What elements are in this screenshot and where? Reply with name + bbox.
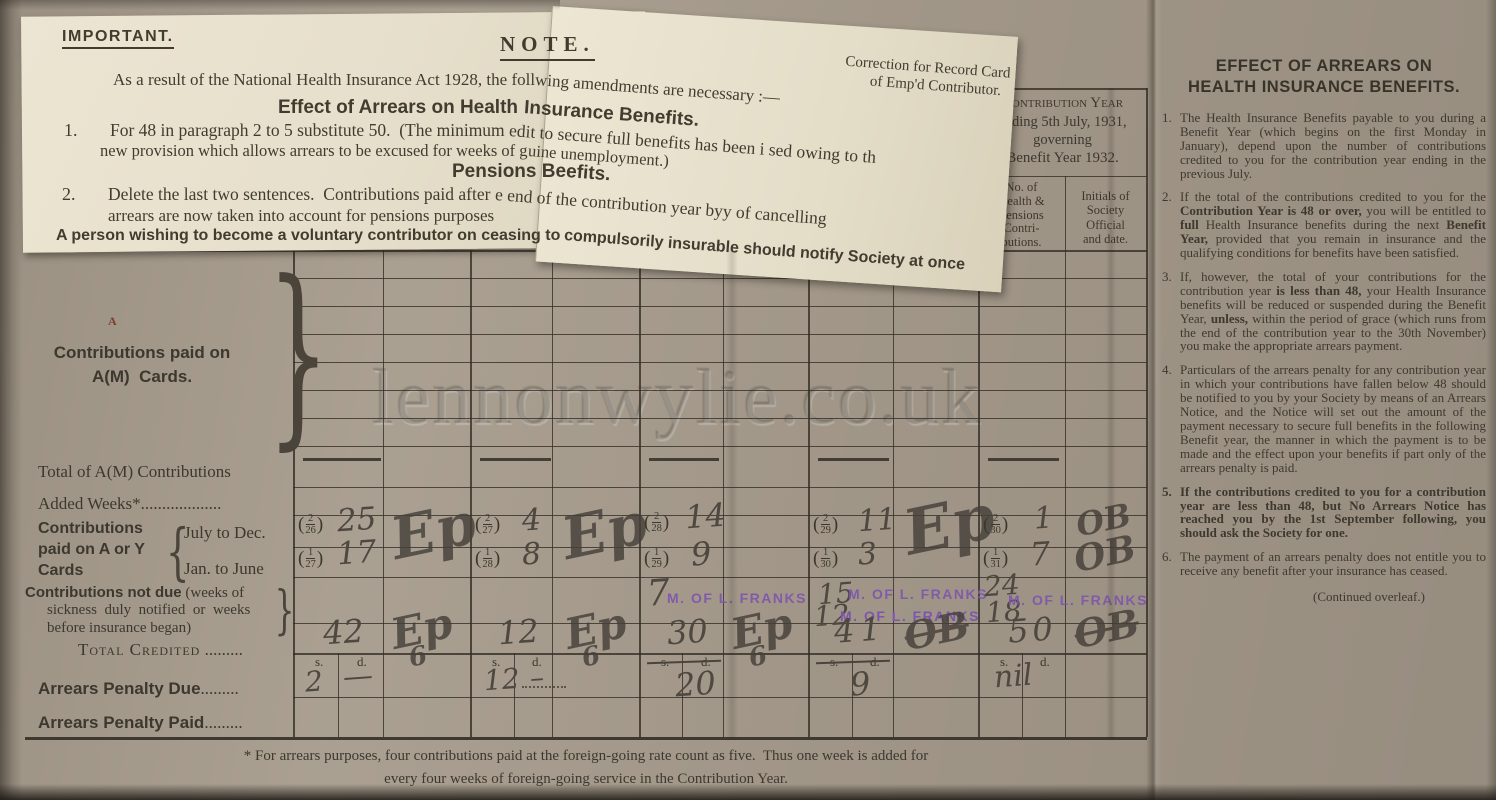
label-not-due: Contributions not due (weeks of sickness… [25,584,285,637]
text-segment: unless, [1211,311,1248,326]
text-segment: If the total of the contributions credit… [1180,189,1486,204]
label-total-credited: Total Credited ......... [78,640,243,660]
fraction-code: (227) [475,513,500,536]
frac-num: 1 [483,547,492,559]
frac-den: 28 [651,523,662,534]
frac-den: 26 [305,525,316,536]
fraction-code: (129) [644,547,669,570]
label-penalty-due: Arrears Penalty Due......... [38,679,239,699]
frac-num: 1 [991,547,1000,559]
sidebar-paragraph-6: 6. The payment of an arrears penalty doe… [1162,550,1486,578]
fraction-code: (128) [475,547,500,570]
paragraph-text: If the contributions credited to you for… [1180,485,1486,541]
text-segment: is less than 48, [1276,283,1361,298]
paragraph-text: The Health Insurance Benefits payable to… [1180,111,1486,181]
header-line: and date. [1066,232,1145,246]
frac-num: 2 [821,513,830,525]
note-item-number: 1. [64,120,110,141]
paren: ( [475,549,481,568]
fraction-code: (127) [298,547,323,570]
label-line: sickness duly notified or weeks [25,602,285,619]
frac-num: 2 [306,513,315,525]
note-intro: As a result of the National Health Insur… [113,70,781,90]
note-text: efits. [565,161,611,186]
sidebar-title-line: EFFECT OF ARREARS ON [1162,56,1486,77]
paren: ( [983,549,989,568]
text-segment: Health Insurance benefits during the nex… [1199,217,1446,232]
footnote-line: * For arrears purposes, four contributio… [25,745,1147,768]
note-text: Delete the last two sentences. Contribut… [108,184,490,204]
paragraph-text: If the total of the contributions credit… [1180,190,1486,260]
fraction-code: (228) [644,511,669,534]
contrib-jul-dec-value: 25 [336,504,378,538]
penalty-due-shillings: 12 [483,665,521,695]
note-final-line: A person wishing to become a voluntary c… [56,227,966,245]
label-am-cards: Contributions paid on A(M) Cards. [36,343,248,387]
paragraph-number: 5. [1162,485,1180,541]
frac-num: 1 [306,547,315,559]
label-bold: Contributions not due [25,584,182,601]
penalty-due-value: 9 [849,667,872,700]
contrib-jul-dec-value: 14 [684,499,727,534]
frac-den: 28 [482,559,493,570]
label-smallcaps: Total Credited [78,640,200,659]
contrib-jan-jun-value: 17 [336,537,378,571]
label-rest: (weeks of [182,585,244,601]
penalty-due-value: nil [993,661,1034,694]
fraction-code: (226) [298,513,323,536]
paragraph-text: If, however, the total of your contribut… [1180,270,1486,353]
paren: ( [475,515,481,534]
header-line: Official [1066,218,1145,232]
note-text: new provision which allows arrears to be… [100,141,528,160]
footnote-line: every four weeks of foreign-going servic… [25,768,1147,791]
label-line: before insurance began) [25,620,285,637]
arrears-effect-column: EFFECT OF ARREARS ON HEALTH INSURANCE BE… [1162,56,1486,604]
scan-edge-left [0,0,22,800]
penalty-due-pence: – [529,664,545,693]
official-initials-scribble: Ep [386,494,481,568]
label-line: Contributions not due (weeks of [25,584,285,602]
text-segment: you will be entitled to [1362,203,1486,218]
paren: ( [983,515,989,534]
fraction-code: (229) [813,513,838,536]
note-item-2-cont: arrears are now taken into account for p… [108,206,494,226]
brace-not-due: } [275,585,295,637]
frac-num: 2 [483,513,492,525]
sidebar-paragraph-3: 3. If, however, the total of your contri… [1162,270,1486,353]
paren: ) [832,515,838,534]
penalty-due-pence: — [342,661,374,693]
note-heading-arrears: Effect of Arrears on HealthInsurance Ben… [278,97,699,119]
total-credited-value: 50 [1007,612,1058,647]
frac-den: 27 [305,559,316,570]
note-text: A person wishing to become a voluntary c… [56,227,560,244]
note-text: Effect of Arrears on Health [278,97,518,118]
text-segment: full [1180,217,1199,232]
paragraph-number: 3. [1162,270,1180,353]
note-item-1-cont: new provision which allows arrears to be… [100,141,669,161]
fraction-code: (230) [983,513,1008,536]
label-total-am: Total of A(M) Contributions [38,462,231,482]
initials-header: Initials of Society Official and date. [1066,189,1145,247]
official-initials-scribble: OB [1071,604,1143,655]
contrib-jan-jun-value: 3 [857,539,878,570]
label-line: Contributions [38,519,145,540]
frac-num: 1 [821,547,830,559]
label-line: Cards [38,561,145,582]
note-text: For 48 in paragraph 2 to 5 substitute 50… [110,120,505,140]
text-segment: Particulars of the arrears penalty for a… [1180,362,1486,474]
frac-den: 30 [820,559,831,570]
section-marker: A [108,314,117,329]
note-heading-pensions: Pensions Beefits. [452,161,610,183]
label-line: A(M) Cards. [36,367,248,387]
label-line: paid on A or Y [38,540,145,561]
total-credited-value: 30 [666,615,709,650]
paren: ) [494,549,500,568]
sidebar-paragraph-4: 4. Particulars of the arrears penalty fo… [1162,363,1486,474]
paren: ) [1002,515,1008,534]
paren: ( [813,515,819,534]
sidebar-title: EFFECT OF ARREARS ON HEALTH INSURANCE BE… [1162,56,1486,99]
label-july-dec: July to Dec. [184,523,266,543]
fraction-code: (131) [983,547,1008,570]
contrib-jan-jun-value: 8 [521,539,542,570]
total-credited-value: 42 [322,615,365,650]
note-text: arrears are now taken into account for p… [108,206,494,225]
label-line: Contributions paid on [36,343,248,363]
paren: ( [644,513,650,532]
text-segment: provided that you remain in insurance an… [1180,231,1486,260]
year-group-5: (230) 1 OB (131) 7 OB 24 18 M. OF L. FRA… [978,250,1147,737]
paren: ) [663,513,669,532]
label-dots: ......... [204,713,242,732]
note-item-1: 1.For 48 in paragraph 2 to 5 substitute … [64,120,877,141]
contrib-jul-dec-value: 1 [1033,503,1054,534]
paren: ) [494,515,500,534]
paragraph-text: The payment of an arrears penalty does n… [1180,550,1486,578]
frac-den: 29 [820,525,831,536]
footnote: * For arrears purposes, four contributio… [25,745,1147,792]
continued-overleaf: (Continued overleaf.) [1162,590,1486,604]
note-text: As a result of the National Health Insur… [113,70,535,89]
sidebar-paragraph-5: 5. If the contributions credited to you … [1162,485,1486,541]
fraction-code: (130) [813,547,838,570]
year-group-1: (226) 25 (127) 17 Ep 42 Ep 6 s. d. 2 — [293,250,470,737]
frac-num: 2 [991,513,1000,525]
paren: ( [298,549,304,568]
text-segment: If the contributions credited to you for… [1180,484,1486,541]
paragraph-number: 2. [1162,190,1180,260]
paren: ) [317,549,323,568]
total-credited-value: 41 [833,612,888,648]
sidebar-title-line: HEALTH INSURANCE BENEFITS. [1162,77,1486,98]
text-segment: The payment of an arrears penalty does n… [1180,549,1486,578]
paren: ) [1002,549,1008,568]
scan-edge-right [1486,0,1496,800]
contrib-jan-jun-value: 7 [1029,537,1052,570]
year-group-4: (229) 11 (130) 3 Ep 15 M. OF L. FRANKS 1… [808,250,978,737]
fold-crease [1146,0,1162,800]
paragraph-number: 6. [1162,550,1180,578]
total-credited-value: 12 [497,615,540,650]
paren: ) [663,549,669,568]
contrib-jul-dec-value: 11 [857,505,897,538]
label-jan-june: Jan. to June [184,559,264,579]
official-initials-scribble: OB [1071,530,1139,578]
label-aory-cards: Contributions paid on A or Y Cards [38,519,145,581]
paren: ) [832,549,838,568]
paren: ( [813,549,819,568]
contrib-jan-jun-value: 9 [690,537,713,570]
label-bold: Arrears Penalty Due [38,679,201,698]
frac-num: 2 [652,511,661,523]
paragraph-text: Particulars of the arrears penalty for a… [1180,363,1486,474]
text-segment: The Health Insurance Benefits payable to… [1180,110,1486,181]
insurance-record-card-scan: lennonwylie.co.uk Contribution Year endi… [0,0,1496,800]
paragraph-number: 4. [1162,363,1180,474]
frac-num: 1 [652,547,661,559]
ministry-stamp: M. OF L. FRANKS [848,586,988,602]
header-line: Society [1066,203,1145,217]
note-item-2: 2.Delete the last two sentences. Contrib… [62,184,828,205]
note-item-number: 2. [62,184,108,205]
grid-line [25,737,1147,740]
official-initials-scribble: Ep [557,494,652,568]
contrib-jul-dec-value: 4 [521,505,542,536]
header-line: Initials of [1066,189,1145,203]
note-heading: NOTE. [500,32,595,61]
text-segment: Contribution Year is 48 or over, [1180,203,1362,218]
label-added-weeks: Added Weeks*................... [38,494,221,514]
penalty-due-value: 20 [674,667,717,702]
frac-den: 27 [482,525,493,536]
note-text: Pensions Be [452,161,566,182]
frac-den: 30 [990,525,1001,536]
paren: ( [298,515,304,534]
frac-den: 29 [651,559,662,570]
year-group-3: (228) 14 (129) 9 7 M. OF L. FRANKS 30 Ep… [639,250,808,737]
paragraph-number: 1. [1162,111,1180,181]
label-bold: Arrears Penalty Paid [38,713,204,732]
label-dots: ......... [205,640,243,659]
pence-label: d. [1040,654,1050,670]
label-dots: ......... [201,679,239,698]
sidebar-paragraph-2: 2. If the total of the contributions cre… [1162,190,1486,260]
paren: ) [317,515,323,534]
important-heading: IMPORTANT. [62,28,174,49]
official-initials-scribble: OB [901,606,973,657]
paren: ( [644,549,650,568]
penalty-due-shillings: 2 [304,667,324,696]
scan-edge-top [0,0,560,10]
year-group-2: (227) 4 (128) 8 Ep 12 Ep 6 s. d. 12 – [470,250,639,737]
sidebar-paragraph-1: 1. The Health Insurance Benefits payable… [1162,111,1486,181]
label-penalty-paid: Arrears Penalty Paid......... [38,713,243,733]
